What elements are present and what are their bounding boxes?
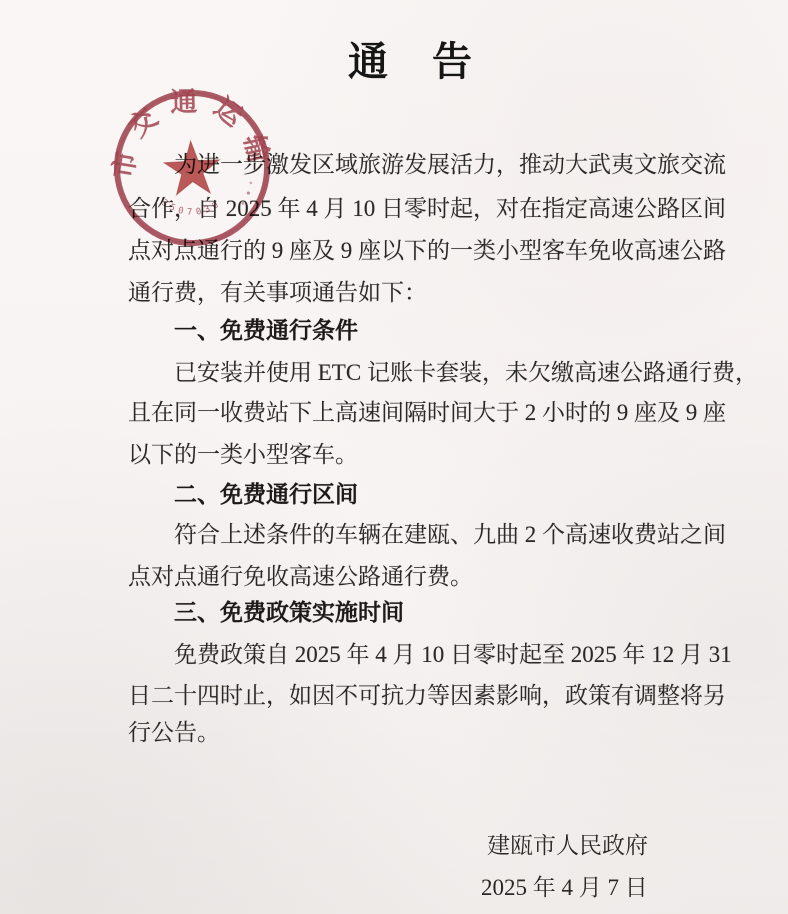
body-line: 点对点通行的 9 座及 9 座以下的一类小型客车免收高速公路: [128, 236, 708, 266]
body-line: 以下的一类小型客车。: [128, 440, 708, 470]
body-line: 且在同一收费站下上高速间隔时间大于 2 小时的 9 座及 9 座: [128, 398, 708, 428]
notice-document: 通 告 为进一步激发区域旅游发展活力，推动大武夷文旅交流 合作，自 2025 年…: [0, 0, 788, 914]
body-line: 点对点通行免收高速公路通行费。: [128, 562, 708, 592]
body-line: 行公告。: [128, 718, 708, 748]
section-heading-3: 三、免费政策实施时间: [128, 598, 754, 628]
body-line: 符合上述条件的车辆在建瓯、九曲 2 个高速收费站之间: [128, 520, 754, 550]
body-line: 日二十四时止，如因不可抗力等因素影响，政策有调整将另: [128, 681, 708, 711]
body-line: 合作，自 2025 年 4 月 10 日零时起，对在指定高速公路区间: [128, 194, 708, 224]
document-title: 通 告: [128, 30, 694, 87]
body-line: 通行费，有关事项通告如下：: [128, 278, 708, 308]
body-line: 免费政策自 2025 年 4 月 10 日零时起至 2025 年 12 月 31: [128, 640, 754, 670]
section-heading-1: 一、免费通行条件: [128, 316, 754, 346]
body-line: 为进一步激发区域旅游发展活力，推动大武夷文旅交流: [128, 150, 754, 180]
body-line: 已安装并使用 ETC 记账卡套装，未欠缴高速公路通行费，: [128, 358, 754, 388]
section-heading-2: 二、免费通行区间: [128, 480, 754, 510]
issuer-signature: 建瓯市人民政府: [487, 827, 648, 860]
issue-date: 2025 年 4 月 7 日: [481, 869, 648, 902]
